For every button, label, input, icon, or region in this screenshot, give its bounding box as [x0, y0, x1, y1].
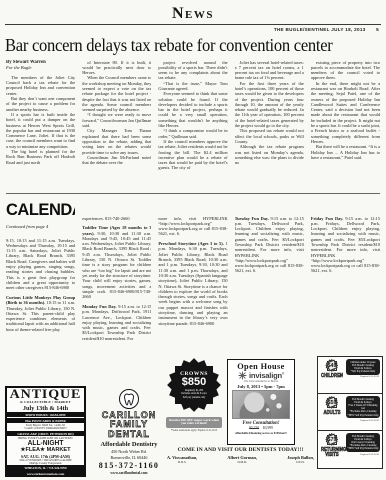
byline-org: For the Bugle [6, 65, 75, 70]
coupon-terms: Full Mouth CleaningExam & X-RaysFree 2 W… [346, 396, 380, 418]
invisalign-tagline: The Clear Alternative to Braces [230, 380, 292, 383]
dentist-name: A. Viswanathan,D.D.S. [167, 455, 197, 464]
issue-date: THE BUGLE/SENTINEL JULY 18, 2013 [274, 27, 366, 32]
calendar-column-2-text: experiences. 815-740-2660Toddler Time (A… [82, 216, 151, 342]
coupon-price: $59 [325, 396, 339, 410]
coupon-audience: ADULTS [321, 411, 343, 416]
article-column-3: project revolved around the possibility … [158, 60, 227, 190]
article-column-4: Joliet has several hotel-related taxes: … [235, 60, 304, 190]
article-column-5: existing piece of property into two parc… [311, 60, 380, 190]
dentists-strip: COME IN AND VISIT OUR DENTISTS TODAY!!! … [165, 447, 316, 464]
price-line: $5,250 $3,999 [230, 426, 292, 430]
flea-ad-title-line1: ALL-NIGHT [9, 441, 82, 448]
calendar-column-1-text: 9:15, 10:15 and 11:15 a.m. Tuesdays, Wed… [6, 238, 75, 333]
antique-ad-hours: SHOW HOURS: 10AM-4PM [7, 412, 84, 417]
smiling-patient-photo [232, 390, 290, 419]
coupon-expiry: Expires 8-31-2013 [347, 419, 379, 422]
invisalign-open-house-ad: Open House invisalign® The Clear Alterna… [227, 359, 295, 445]
coupon-audience: CHILDREN [321, 374, 343, 379]
coupon-price: $79 [325, 433, 339, 447]
coupon-children: $49 CHILDREN Children under 10 yearsFull… [318, 357, 382, 394]
coupon-expiry: Expires 8-31-2013 [347, 453, 379, 456]
antique-market-ad: ANTIQUE & COLLECTIBLE • MARKET July 13th… [5, 386, 86, 477]
antique-ad-venue-city: GRAYSLAKE (1060 E. PETERSON RD) [7, 431, 84, 436]
invisalign-brand-row: invisalign® [230, 371, 292, 380]
article-body: By Stewart Warren For the Bugle The memb… [6, 60, 380, 190]
dental-coupons-ad: $49 CHILDREN Children under 10 yearsFull… [317, 356, 383, 469]
article-column-1-text: The members of the Joliet City Council b… [6, 75, 75, 165]
carillon-ad-website: www.carillondental.com [94, 471, 164, 475]
old-price: $5,250 [249, 426, 259, 430]
calendar-column-5: Friday Fun Day. 9:15 a.m. to 12:15 p.m. … [311, 196, 380, 352]
calendar-title: CALENDAR [6, 200, 73, 220]
flea-ad-website: www.zurkopromotions.com [7, 471, 84, 475]
calendar-header: CALENDAR Continued from page 4 [6, 196, 75, 238]
crowns-offer-ad: CROWNS $850 Regularly $1,200Includes exa… [165, 357, 223, 445]
referral-offer: Receive $50 OFF major work when you refe… [166, 417, 222, 428]
coupon-children-label: $49 CHILDREN [319, 358, 345, 392]
calendar-continued-note: Continued from page 4 [6, 224, 75, 229]
free-consultation-line: Free Consultation! [230, 421, 292, 426]
newspaper-page: News THE BUGLE/SENTINEL JULY 18, 2013 5 … [0, 0, 386, 480]
referral-fine-print: *Some restrictions apply. Expires 8-31-2… [165, 429, 223, 432]
open-house-title: Open House [230, 362, 292, 371]
coupon-children-details: Children under 10 yearsFull Mouth Cleani… [345, 358, 381, 392]
dentists-names-row: A. Viswanathan,D.D.S. Albert Gorman,D.M.… [165, 455, 316, 464]
coupon-audience: RETURNING VISITS [321, 448, 343, 458]
coupon-returning-visits: $79 RETURNING VISITS Full Mouth Cleaning… [318, 431, 382, 468]
tooth-icon [119, 389, 139, 409]
coupon-returning-details: Full Mouth CleaningExam & X-RaysOral Can… [345, 432, 381, 467]
section-divider [6, 193, 380, 194]
calendar-column-4-text: Tuesday Fun Day. 9:15 a.m. to 12:15 p.m.… [235, 216, 304, 274]
coupon-adults-label: $59 ADULTS [319, 395, 345, 429]
coupon-adults-details: Full Mouth CleaningExam & X-RaysFree 2 W… [345, 395, 381, 429]
open-house-date: July 8, 2013 • 5pm - 7pm [230, 384, 292, 389]
antique-market-ad-inner: ANTIQUE & COLLECTIBLE • MARKET July 13th… [7, 388, 84, 475]
masthead-rule [5, 24, 381, 25]
calendar-column-3: more info, visit HYPERLINK “http://www.l… [158, 196, 227, 380]
coupon-adults: $59 ADULTS Full Mouth CleaningExam & X-R… [318, 394, 382, 431]
coupon-terms: Children under 10 yearsFull Mouth Cleani… [346, 359, 380, 375]
masthead: News THE BUGLE/SENTINEL JULY 18, 2013 5 [0, 0, 386, 32]
dentist-name: Albert Gorman,D.M.D. [227, 455, 257, 464]
crowns-notes: Regularly $1,200Includes exam & X-raysSe… [181, 389, 206, 398]
carillon-dental-ad: CARILLON FAMILY DENTAL Affordable Dentis… [94, 389, 164, 478]
coupon-price: $49 [325, 359, 339, 373]
coupon-returning-label: $79 RETURNING VISITS [319, 432, 345, 467]
dentists-heading: COME IN AND VISIT OUR DENTISTS TODAY!!! [165, 447, 316, 453]
carillon-ad-address2: Romeoville, IL 60446 [94, 455, 164, 460]
snowflake-icon [238, 371, 247, 380]
section-title: News [0, 5, 386, 23]
new-price: $3,999 [263, 426, 273, 430]
calendar-column-5-text: Friday Fun Day. 9:15 a.m. to 12:15 p.m. … [311, 216, 380, 274]
coupon-terms: Full Mouth CleaningExam & X-RaysOral Can… [346, 433, 380, 452]
article-headline: Bar concern delays tax rebate for conven… [5, 35, 386, 56]
crowns-price: $850 [182, 377, 206, 388]
price-starburst: $49 [325, 359, 339, 373]
calendar-section: CALENDAR Continued from page 4 9:15, 10:… [6, 196, 380, 380]
flea-ad-venue: DuPage County Fairgrounds [7, 462, 84, 465]
antique-ad-venue: • LAKE COUNTY FAIRGROUNDS • [7, 427, 84, 430]
dentist-name: Joseph Ballon,D.D.S. [287, 455, 314, 464]
carillon-ad-phone: 815-372-1160 [94, 461, 164, 470]
carillon-ad-address1: 450 North Weber Rd. [94, 449, 164, 454]
carillon-ad-name3: DENTAL [94, 430, 164, 440]
page-number: 5 [376, 27, 379, 32]
calendar-column-2: experiences. 815-740-2660Toddler Time (A… [82, 196, 151, 380]
starburst-shape: CROWNS $850 Regularly $1,200Includes exa… [166, 357, 222, 413]
price-starburst: $79 [325, 433, 339, 447]
antique-ad-dates: July 13th & 14th [7, 405, 84, 412]
antique-ad-postcards: Plus POSTCARDS & PAPER [7, 418, 84, 423]
article-column-2: of Interstate 80. If it is built, it wou… [82, 60, 151, 190]
issue-line: THE BUGLE/SENTINEL JULY 18, 2013 5 [7, 27, 379, 32]
calendar-column-1: CALENDAR Continued from page 4 9:15, 10:… [6, 196, 75, 380]
article-column-1: By Stewart Warren For the Bugle The memb… [6, 60, 75, 190]
financing-line: Affordable Financing as low as $199/mo!!… [230, 431, 292, 435]
calendar-column-4: Tuesday Fun Day. 9:15 a.m. to 12:15 p.m.… [235, 196, 304, 352]
calendar-column-3-text: more info, visit HYPERLINK “http://www.l… [158, 216, 227, 326]
price-starburst: $59 [325, 396, 339, 410]
carillon-ad-tagline: Affordable Dentistry [94, 441, 164, 448]
coupon-expiry: Expires 8-31-2013 [347, 375, 379, 378]
crowns-offer-content: CROWNS $850 Regularly $1,200Includes exa… [166, 357, 222, 413]
flea-ad-phone: WHEATON, IL • 715-526-9769 [7, 465, 84, 470]
antique-ad-title: ANTIQUE [7, 389, 84, 400]
invisalign-brand: invisalign® [249, 371, 284, 380]
